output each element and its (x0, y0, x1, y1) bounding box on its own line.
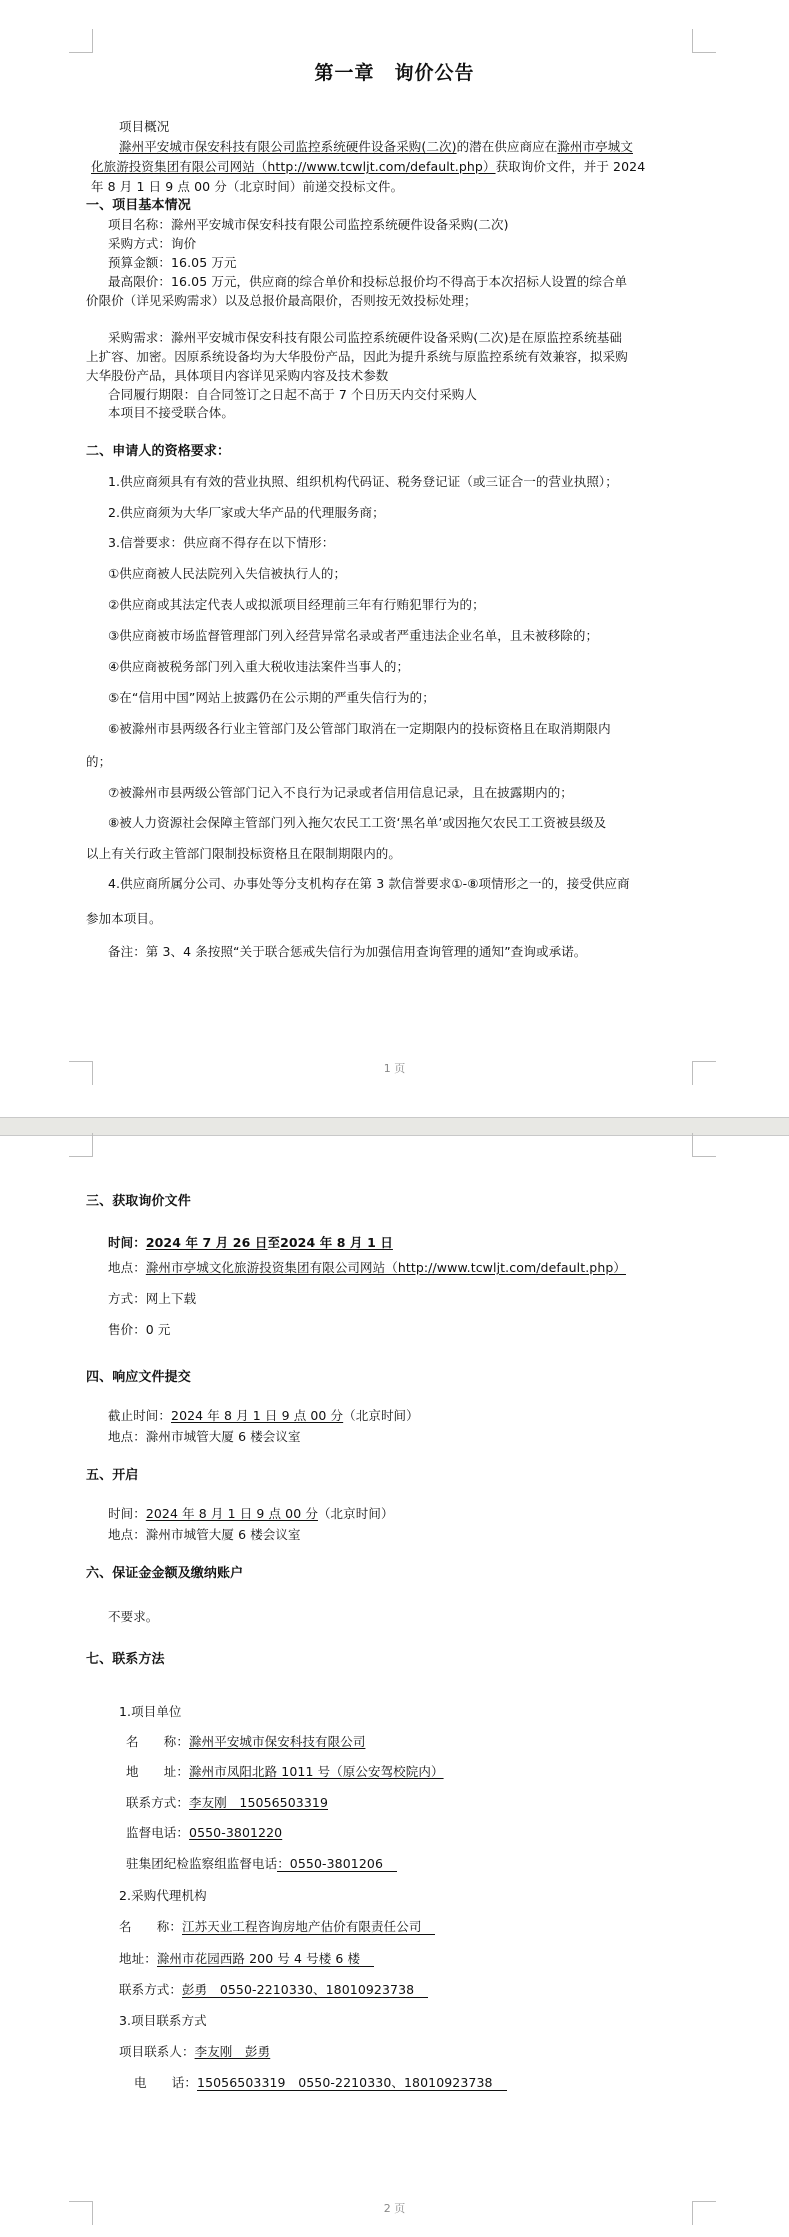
unit-contact: 联系方式：李友刚 15056503319 (126, 1795, 328, 1811)
requirement-4-line-2: 参加本项目。 (86, 911, 162, 927)
condition-7: ⑦被滁州市县两级公管部门记入不良行为记录或者信用信息记录，且在披露期内的； (108, 785, 573, 801)
page-number: 2 页 (0, 2200, 789, 2216)
contract-period: 合同履行期限：自合同签订之日起不高于 7 个日历天内交付采购人 (108, 387, 477, 403)
requirement-2: 2.供应商须为大华厂家或大华产品的代理服务商； (108, 505, 385, 521)
demand-line-1: 采购需求：滁州平安城市保安科技有限公司监控系统硬件设备采购(二次)是在原监控系统… (108, 330, 622, 346)
condition-1: ①供应商被人民法院列入失信被执行人的； (108, 566, 346, 582)
overview-line-2: 化旅游投资集团有限公司网站（http://www.tcwljt.com/defa… (91, 159, 645, 175)
condition-4: ④供应商被税务部门列入重大税收违法案件当事人的； (108, 659, 409, 675)
crop-mark (692, 29, 716, 53)
document-page-2: 三、获取询价文件 时间：2024 年 7 月 26 日至2024 年 8 月 1… (0, 1136, 789, 2237)
opening-place: 地点：滁州市城管大厦 6 楼会议室 (108, 1527, 301, 1543)
condition-5: ⑤在“信用中国”网站上披露仍在公示期的严重失信行为的； (108, 690, 435, 706)
subsection-heading: 2.采购代理机构 (119, 1888, 207, 1904)
website-link[interactable]: 化旅游投资集团有限公司网站（http://www.tcwljt.com/defa… (91, 159, 496, 174)
condition-8-line-2: 以上有关行政主管部门限制投标资格且在限制期限内的。 (86, 846, 401, 862)
condition-8-line-1: ⑧被人力资源社会保障主管部门列入拖欠农民工工资‘黑名单’或因拖欠农民工工资被县级… (108, 815, 606, 831)
crop-mark (69, 1133, 93, 1157)
subsection-heading: 1.项目单位 (119, 1704, 182, 1720)
unit-name: 名 称：滁州平安城市保安科技有限公司 (126, 1734, 365, 1750)
condition-6-line-1: ⑥被滁州市县两级各行业主管部门及公管部门取消在一定期限内的投标资格且在取消期限内 (108, 721, 611, 737)
page-title: 第一章 询价公告 (0, 58, 789, 85)
page-number: 1 页 (0, 1060, 789, 1076)
document-page-1: 第一章 询价公告 项目概况 滁州平安城市保安科技有限公司监控系统硬件设备采购(二… (0, 0, 789, 1117)
budget-amount: 预算金额：16.05 万元 (108, 255, 237, 271)
agency-address: 地址：滁州市花园西路 200 号 4 号楼 6 楼 (119, 1951, 374, 1967)
crop-mark (692, 2201, 716, 2225)
overview-label: 项目概况 (119, 119, 169, 135)
demand-line-2: 上扩容、加密。因原系统设备均为大华股份产品，因此为提升系统与原监控系统有效兼容，… (86, 349, 628, 365)
crop-mark (69, 1061, 93, 1085)
condition-3: ③供应商被市场监督管理部门列入经营异常名录或者严重违法企业名单，且未被移除的； (108, 628, 598, 644)
section-heading: 四、响应文件提交 (86, 1370, 191, 1386)
unit-supervision-phone: 监督电话：0550-3801220 (126, 1825, 282, 1841)
project-contact-person: 项目联系人：李友刚 彭勇 (119, 2044, 270, 2060)
agency-name: 名 称：江苏天业工程咨询房地产估价有限责任公司 (119, 1919, 435, 1935)
condition-2: ②供应商或其法定代表人或拟派项目经理前三年有行贿犯罪行为的； (108, 597, 485, 613)
crop-mark (692, 1133, 716, 1157)
crop-mark (69, 2201, 93, 2225)
section-heading: 七、联系方法 (86, 1652, 165, 1668)
demand-line-3: 大华股份产品，具体项目内容详见采购内容及技术参数 (86, 368, 388, 384)
opening-time: 时间：2024 年 8 月 1 日 9 点 00 分（北京时间） (108, 1506, 394, 1522)
overview-line-1: 滁州平安城市保安科技有限公司监控系统硬件设备采购(二次)的潜在供应商应在滁州市亭… (119, 139, 633, 155)
download-time: 时间：2024 年 7 月 26 日至2024 年 8 月 1 日 (108, 1235, 393, 1251)
crop-mark (692, 1061, 716, 1085)
website-link[interactable]: 滁州市亭城文化旅游投资集团有限公司网站（http://www.tcwljt.co… (146, 1260, 626, 1275)
agency-contact: 联系方式：彭勇 0550-2210330、18010923738 (119, 1982, 428, 1998)
section-heading: 一、项目基本情况 (86, 198, 191, 214)
submission-place: 地点：滁州市城管大厦 6 楼会议室 (108, 1429, 301, 1445)
requirement-4-line-1: 4.供应商所属分公司、办事处等分支机构存在第 3 款信誉要求①-⑧项情形之一的，… (108, 876, 630, 892)
unit-address: 地 址：滁州市凤阳北路 1011 号（原公安驾校院内） (126, 1764, 444, 1780)
project-name: 项目名称：滁州平安城市保安科技有限公司监控系统硬件设备采购(二次) (108, 217, 509, 233)
subsection-heading: 3.项目联系方式 (119, 2013, 207, 2029)
document-price: 售价：0 元 (108, 1322, 171, 1338)
requirement-3: 3.信誉要求：供应商不得存在以下情形： (108, 535, 334, 551)
overview-line-3: 年 8 月 1 日 9 点 00 分（北京时间）前递交投标文件。 (91, 179, 403, 195)
section-heading: 二、申请人的资格要求： (86, 444, 230, 460)
download-place: 地点：滁州市亭城文化旅游投资集团有限公司网站（http://www.tcwljt… (108, 1260, 626, 1276)
procurement-method: 采购方式：询价 (108, 236, 196, 252)
remark: 备注：第 3、4 条按照“关于联合惩戒失信行为加强信用查询管理的通知”查询或承诺… (108, 944, 586, 960)
project-name-link[interactable]: 滁州平安城市保安科技有限公司监控系统硬件设备采购(二次) (119, 139, 457, 154)
unit-discipline-phone: 驻集团纪检监察组监督电话：0550-3801206 (126, 1856, 397, 1872)
consortium-note: 本项目不接受联合体。 (108, 405, 234, 421)
section-heading: 五、开启 (86, 1468, 138, 1484)
submission-deadline: 截止时间：2024 年 8 月 1 日 9 点 00 分（北京时间） (108, 1408, 419, 1424)
crop-mark (69, 29, 93, 53)
max-price-line-1: 最高限价：16.05 万元，供应商的综合单价和投标总报价均不得高于本次招标人设置… (108, 274, 627, 290)
section-heading: 三、获取询价文件 (86, 1194, 191, 1210)
requirement-1: 1.供应商须具有有效的营业执照、组织机构代码证、税务登记证（或三证合一的营业执照… (108, 474, 618, 490)
download-method: 方式：网上下载 (108, 1291, 196, 1307)
page-break-gap (0, 1117, 789, 1136)
project-contact-phone: 电 话：15056503319 0550-2210330、18010923738 (134, 2075, 507, 2091)
max-price-line-2: 价限价（详见采购需求）以及总报价最高限价，否则按无效投标处理； (86, 293, 477, 309)
deposit-text: 不要求。 (108, 1609, 158, 1625)
section-heading: 六、保证金金额及缴纳账户 (86, 1566, 243, 1582)
website-link[interactable]: 滁州市亭城文 (557, 139, 633, 154)
condition-6-line-2: 的； (86, 754, 111, 770)
